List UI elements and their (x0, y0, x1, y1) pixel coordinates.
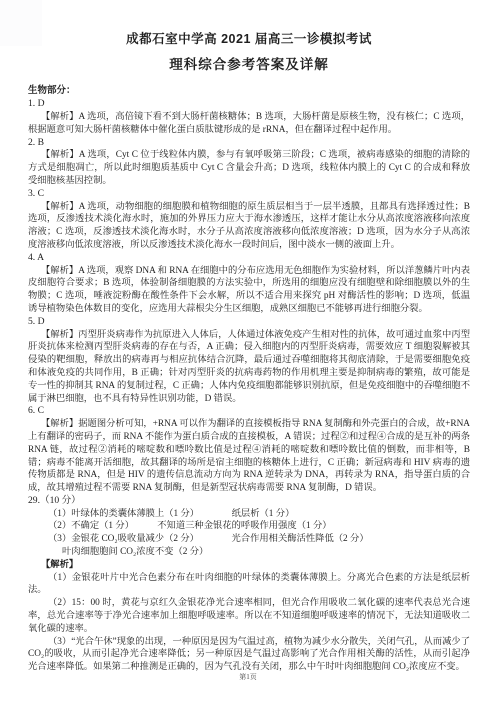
q29-analysis-label: 【解析】 (41, 559, 470, 572)
answer-analysis-q3: 【解析】A 选项，动物细胞的细胞膜和植物细胞的原生质层相当于一层半透膜，且都具有… (28, 201, 470, 252)
section-label-biology: 生物部分： (28, 84, 470, 97)
answer-key-subtitle: 理科综合参考答案及详解 (28, 57, 470, 73)
q29-answer-line-3-continued: 叶肉细胞胞间 CO₂浓度不变（2 分） (62, 546, 470, 559)
q29-analysis-para-3: （3）“光合午休”现象的出现，一种原因是因为气温过高，植物为减少水分散失，关闭气… (28, 636, 470, 674)
exam-title: 成都石室中学高 2021 届高三一诊模拟考试 (28, 24, 470, 47)
page-number: 第1页 (0, 672, 496, 682)
answer-analysis-q4: 【解析】A 选项，观察 DNA 和 RNA 在细胞中的分布应选用无色细胞作为实验… (28, 265, 470, 316)
answer-number-q3: 3. C (28, 188, 470, 201)
q29-answer-line-3: （3）金银花 CO₂吸收量减少（2 分） 光合作用相关酶活性降低（2 分） (48, 533, 470, 546)
q29-analysis-para-2: （2）15：00 时，黄花与京红久金银花净光合速率相同，但光合作用吸收二氧化碳的… (28, 597, 470, 635)
q29-answer-line-2: （2）不确定（1 分） 不知道三种金银花的呼吸作用强度（1 分） (48, 520, 470, 533)
q29-analysis-para-1: （1）金银花叶片中光合色素分布在叶肉细胞的叶绿体的类囊体薄膜上。分离光合色素的方… (28, 572, 470, 598)
answer-analysis-q1: 【解析】A 选项，高倍镜下看不到大肠杆菌核糖体；B 选项，大肠杆菌是原核生物，没… (28, 111, 470, 137)
answer-number-q5: 5. D (28, 316, 470, 329)
answer-analysis-q2: 【解析】A 选项，Cyt C 位于线粒体内膜，参与有氧呼吸第三阶段；C 选项，被… (28, 149, 470, 187)
answer-number-q1: 1. D (28, 98, 470, 111)
scan-artifact (0, 0, 42, 46)
answer-number-q4: 4. A (28, 252, 470, 265)
q29-answer-line-1: （1）叶绿体的类囊体薄膜上（1 分） 纸层析（1 分） (48, 508, 470, 521)
answer-sheet-page: 成都石室中学高 2021 届高三一诊模拟考试 理科综合参考答案及详解 生物部分：… (0, 0, 496, 702)
answer-number-q6: 6. C (28, 405, 470, 418)
answer-number-q2: 2. B (28, 137, 470, 150)
answer-analysis-q6: 【解析】据题图分析可知，+RNA 可以作为翻译的直接模板指导 RNA 复制酶和外… (28, 418, 470, 495)
answer-analysis-q5: 【解析】丙型肝炎病毒作为抗原进入人体后，人体通过体液免疫产生相对性的抗体，故可通… (28, 329, 470, 406)
question-29-heading: 29.（10 分） (28, 495, 470, 508)
